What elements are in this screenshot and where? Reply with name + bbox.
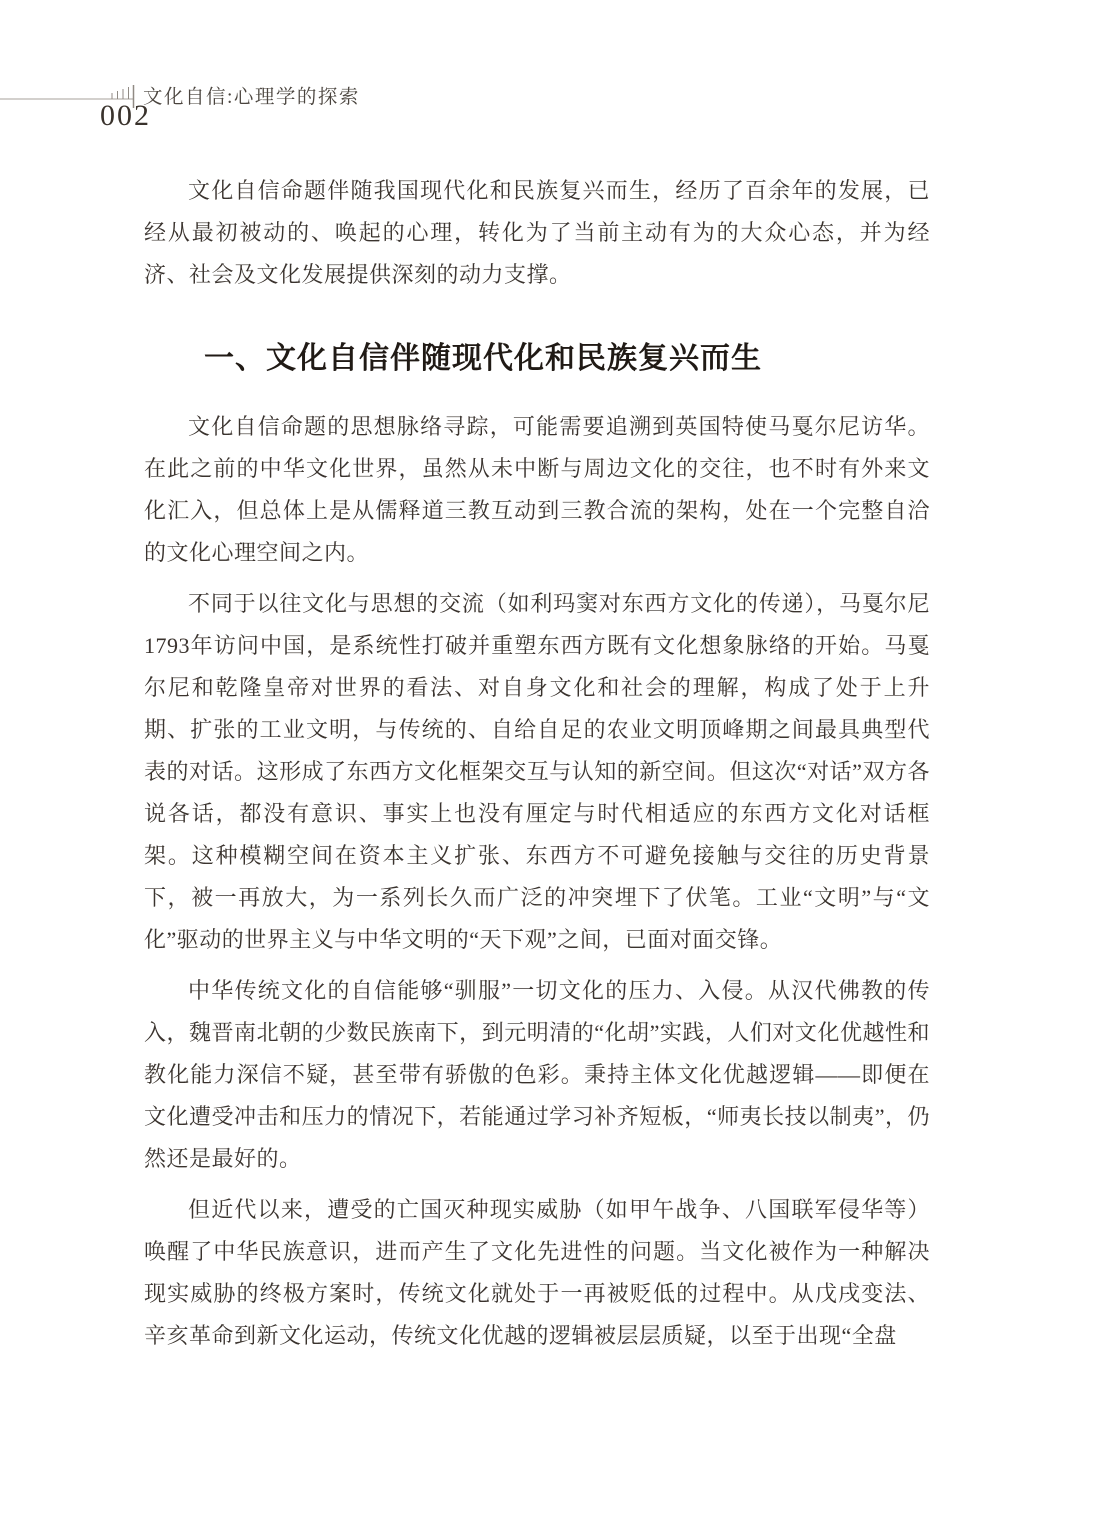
section-paragraph-1: 文化自信命题的思想脉络寻踪，可能需要追溯到英国特使马戛尔尼访华。在此之前的中华文… (144, 406, 930, 574)
running-title: 文化自信:心理学的探索 (143, 87, 360, 109)
book-page: 002 文化自信:心理学的探索 文化自信命题伴随我国现代化和民族复兴而生，经历了… (0, 0, 1100, 1538)
intro-paragraph: 文化自信命题伴随我国现代化和民族复兴而生，经历了百余年的发展，已经从最初被动的、… (144, 170, 930, 296)
section-heading: 一、文化自信伴随现代化和民族复兴而生 (144, 338, 930, 380)
section-paragraph-2: 不同于以往文化与思想的交流（如利玛窦对东西方文化的传递），马戛尔尼1793年访问… (144, 583, 930, 961)
section-paragraph-4: 但近代以来，遭受的亡国灭种现实威胁（如甲午战争、八国联军侵华等）唤醒了中华民族意… (144, 1189, 930, 1357)
page-content: 文化自信命题伴随我国现代化和民族复兴而生，经历了百余年的发展，已经从最初被动的、… (144, 170, 930, 1366)
section-paragraph-3: 中华传统文化的自信能够“驯服”一切文化的压力、入侵。从汉代佛教的传入，魏晋南北朝… (144, 970, 930, 1180)
